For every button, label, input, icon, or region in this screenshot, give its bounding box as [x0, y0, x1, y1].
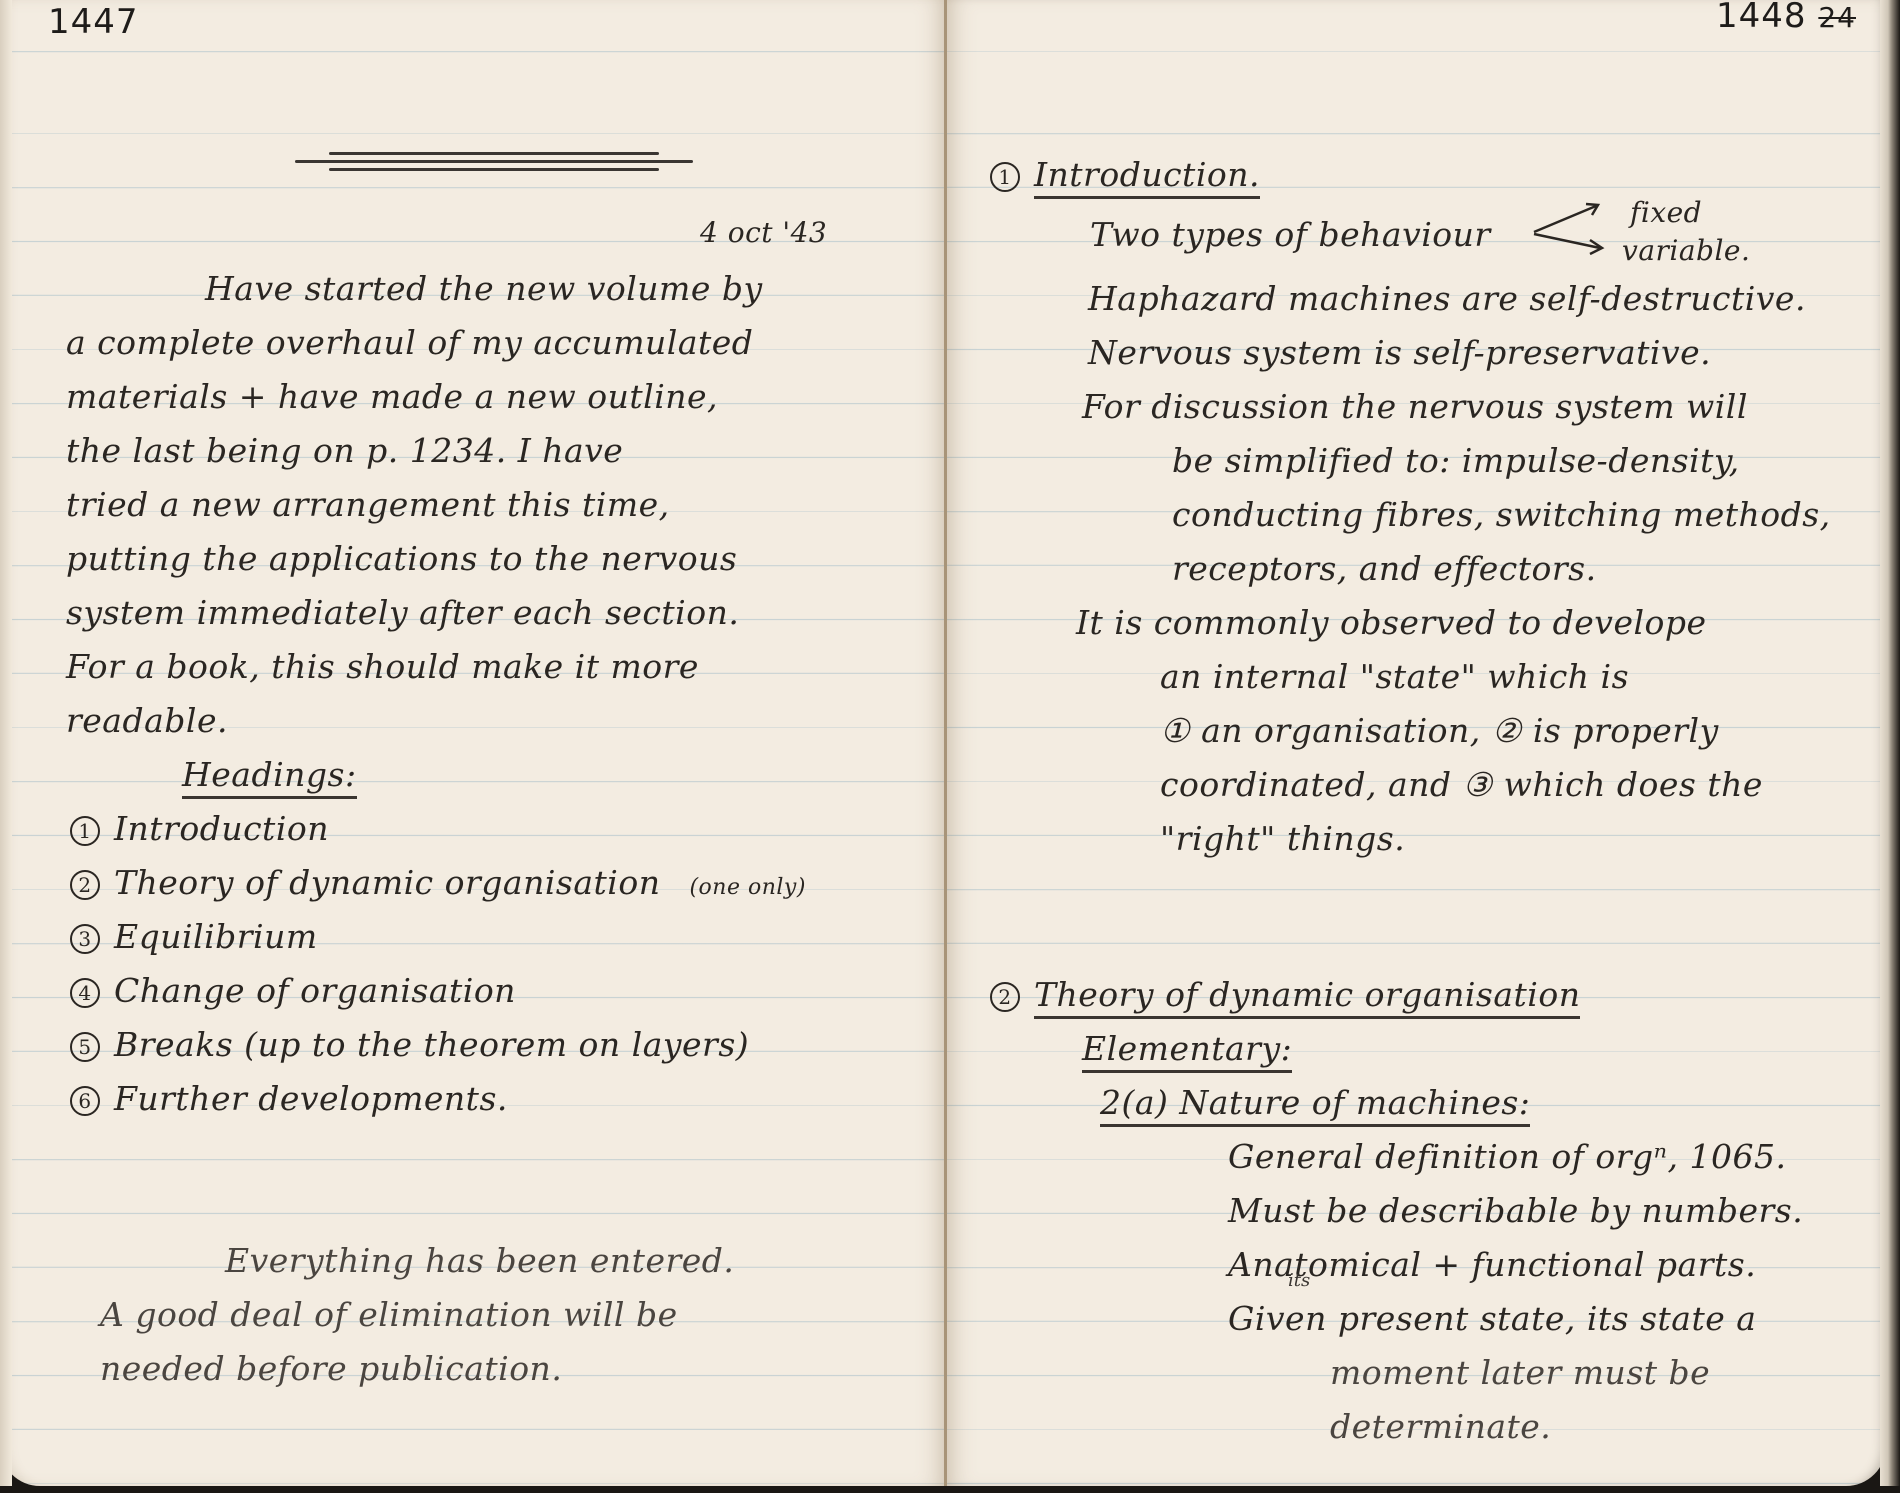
entry-date: 4 oct '43	[700, 206, 827, 260]
circled-number: 1	[70, 816, 100, 846]
paragraph-line: readable.	[66, 694, 228, 748]
note-line: Must be describable by numbers.	[1228, 1184, 1803, 1238]
note-line: Haphazard machines are self-destructive.	[1088, 272, 1806, 326]
left-page-edge	[0, 0, 12, 1486]
paragraph-line: Have started the new volume by	[205, 262, 763, 316]
note-line: General definition of orgⁿ, 1065.	[1228, 1130, 1787, 1184]
section-2-subtitle: Elementary:	[1082, 1022, 1292, 1076]
behaviour-line: Two types of behaviour	[1090, 208, 1491, 262]
note-line: Nervous system is self-preservative.	[1088, 326, 1711, 380]
note-line: ① an organisation, ② is properly	[1160, 704, 1719, 758]
headings-label: Headings:	[182, 748, 357, 802]
paragraph-line: the last being on p. 1234. I have	[66, 424, 623, 478]
paragraph-line: system immediately after each section.	[66, 586, 739, 640]
circled-number: 2	[990, 982, 1020, 1012]
heading-item: 2Theory of dynamic organisation (one onl…	[70, 856, 806, 915]
note-line: moment later must be	[1330, 1346, 1710, 1400]
note-line: Given present state, its state a	[1228, 1292, 1756, 1346]
paragraph-line: putting the applications to the nervous	[66, 532, 737, 586]
circled-number: 5	[70, 1032, 100, 1062]
struck-page-number: 24	[1818, 1, 1856, 34]
branch-arrows-icon	[1530, 196, 1610, 266]
circled-number: 1	[990, 162, 1020, 192]
note-line: an internal "state" which is	[1160, 650, 1629, 704]
book-spine	[944, 0, 947, 1486]
page-number-left: 1447	[48, 2, 139, 42]
heading-item: 4Change of organisation	[70, 964, 516, 1018]
paragraph-line: materials + have made a new outline,	[66, 370, 718, 424]
circled-number: 4	[70, 978, 100, 1008]
heading-item: 3Equilibrium	[70, 910, 318, 964]
paragraph-line: a complete overhaul of my accumulated	[66, 316, 753, 370]
right-page-edge	[1880, 0, 1900, 1486]
note-line: determinate.	[1330, 1400, 1551, 1454]
closing-line: Everything has been entered.	[225, 1234, 734, 1288]
circled-number: 3	[70, 924, 100, 954]
section-1-heading: 1Introduction.	[990, 148, 1260, 202]
page-number-right: 1448 24	[1716, 0, 1856, 36]
heading-item: 1Introduction	[70, 802, 329, 856]
paragraph-line: For a book, this should make it more	[66, 640, 699, 694]
note-line: "right" things.	[1160, 812, 1405, 866]
note-line: receptors, and effectors.	[1172, 542, 1597, 596]
section-2a-heading: 2(a) Nature of machines:	[1100, 1076, 1530, 1130]
closing-line: A good deal of elimination will be	[100, 1288, 678, 1342]
heading-item: 5Breaks (up to the theorem on layers)	[70, 1018, 749, 1072]
note-line: conducting fibres, switching methods,	[1172, 488, 1831, 542]
circled-number: 2	[70, 870, 100, 900]
note-line: It is commonly observed to develope	[1076, 596, 1707, 650]
notebook-spread: 1447 4 oct '43 Have started the new volu…	[0, 0, 1900, 1486]
heading-note: (one only)	[689, 875, 805, 900]
note-line: coordinated, and ③ which does the	[1160, 758, 1763, 812]
section-divider-rule	[295, 150, 695, 180]
inserted-word: its	[1288, 1270, 1310, 1291]
branch-variable: variable.	[1622, 224, 1750, 278]
note-line: For discussion the nervous system will	[1082, 380, 1748, 434]
note-line: be simplified to: impulse-density,	[1172, 434, 1740, 488]
heading-item: 6Further developments.	[70, 1072, 508, 1126]
section-2-heading: 2Theory of dynamic organisation	[990, 968, 1580, 1022]
closing-line: needed before publication.	[100, 1342, 562, 1396]
circled-number: 6	[70, 1086, 100, 1116]
paragraph-line: tried a new arrangement this time,	[66, 478, 670, 532]
